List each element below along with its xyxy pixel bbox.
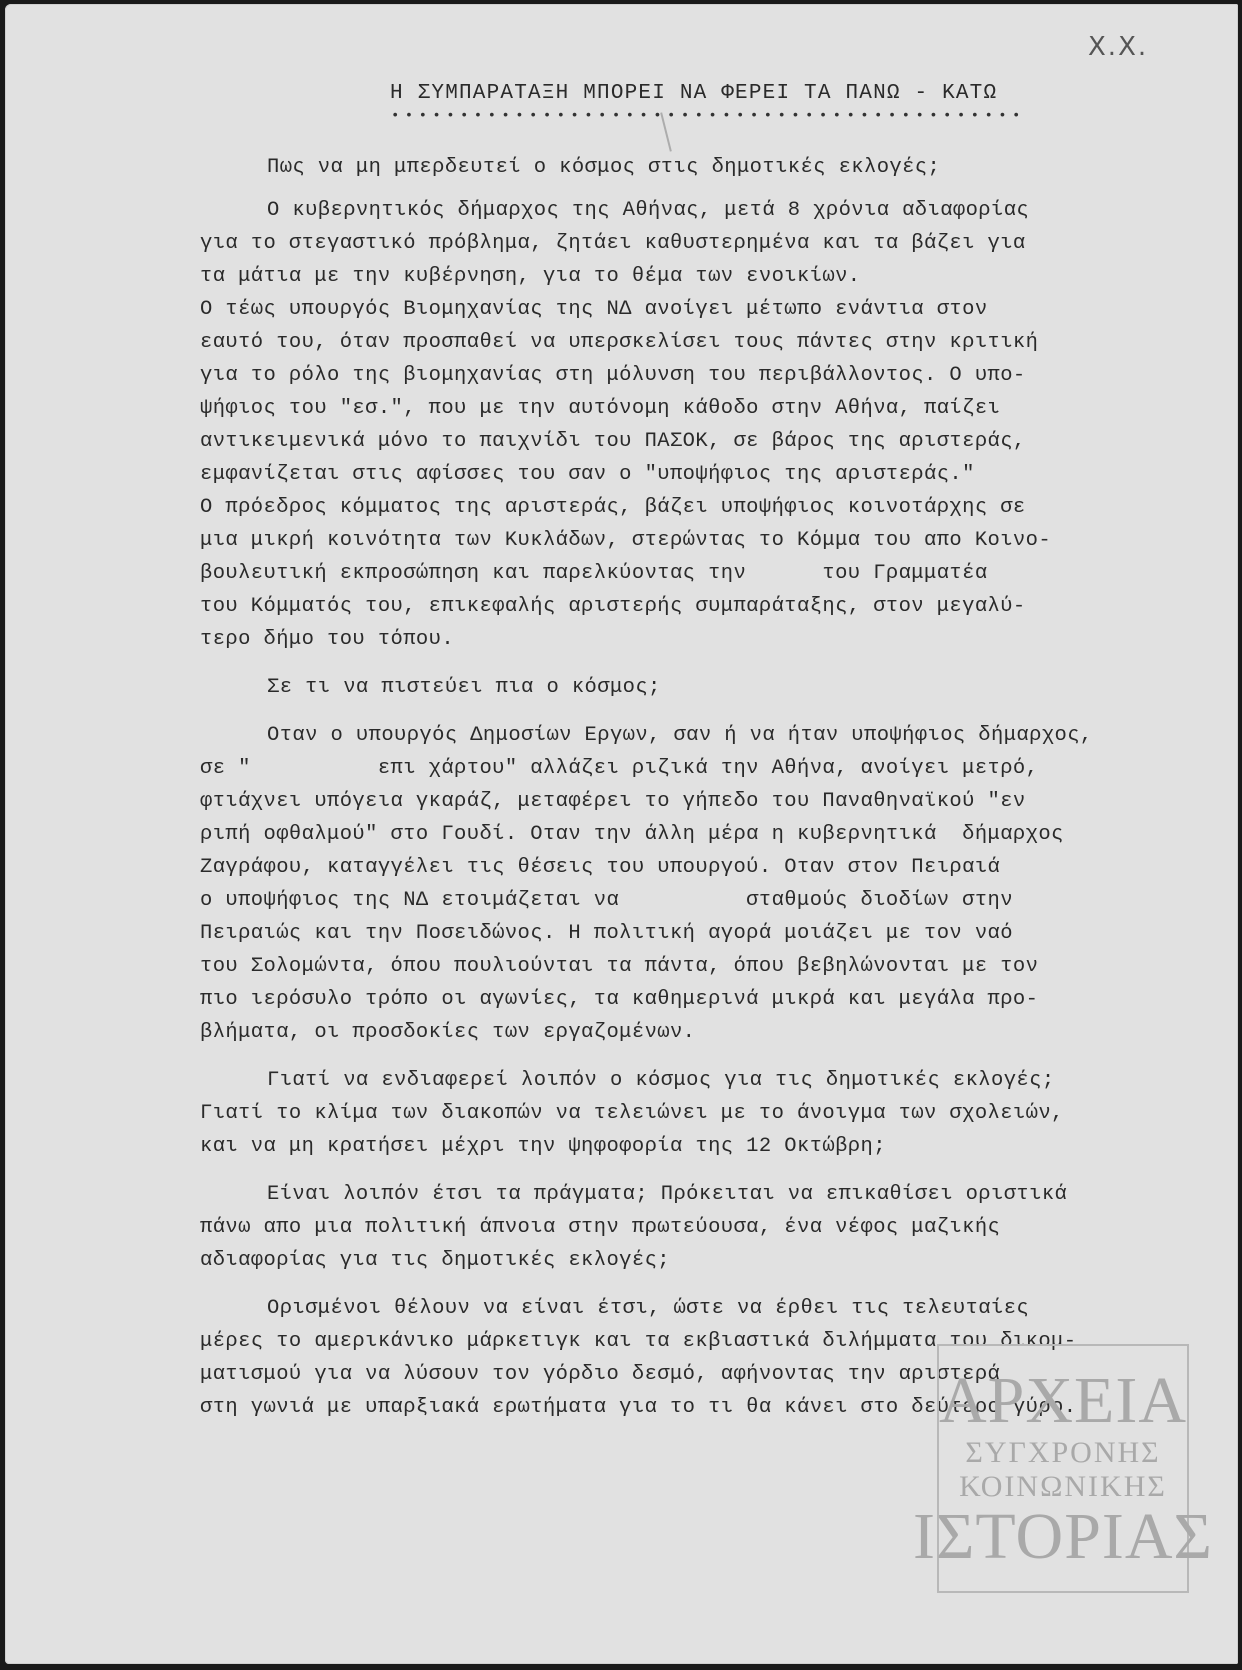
- text-line: και να μη κρατήσει μέχρι την ψηφοφορία τ…: [200, 1135, 886, 1158]
- text-line: μια μικρή κοινότητα των Κυκλάδων, στερών…: [200, 529, 1051, 552]
- text-line: Ορισμένοι θέλουν να είναι έτσι, ώστε να …: [267, 1297, 1029, 1320]
- text-line: εαυτό του, όταν προσπαθεί να υπερσκελίσε…: [200, 331, 1038, 354]
- text-line: φτιάχνει υπόγεια γκαράζ, μεταφέρει το γή…: [200, 790, 1026, 813]
- text-line: Γιατί το κλίμα των διακοπών να τελειώνει…: [200, 1102, 1064, 1125]
- text-line: βλήματα, οι προσδοκίες των εργαζομένων.: [200, 1021, 695, 1044]
- text-line: σε " επι χάρτου" αλλάζει ριζικά την Αθήν…: [200, 757, 1038, 780]
- watermark-line-1: ΑΡΧΕΙΑ: [939, 1368, 1187, 1434]
- text-line: αδιαφορίας για τις δημοτικές εκλογές;: [200, 1249, 670, 1272]
- text-line: αντικειμενικά μόνο το παιχνίδι του ΠΑΣΟΚ…: [200, 430, 1026, 453]
- archive-watermark-stamp: ΑΡΧΕΙΑ ΣΥΓΧΡΟΝΗΣ ΚΟΙΝΩΝΙΚΗΣ ΙΣΤΟΡΙΑΣ: [937, 1344, 1189, 1593]
- text-line: Γιατί να ενδιαφερεί λοιπόν ο κόσμος για …: [267, 1069, 1055, 1092]
- watermark-line-4: ΙΣΤΟΡΙΑΣ: [913, 1504, 1213, 1570]
- text-line: Πειραιώς και την Ποσειδώνος. Η πολιτική …: [200, 922, 1013, 945]
- text-line: βουλευτική εκπροσώπηση και παρελκύοντας …: [200, 562, 988, 585]
- text-line: Ζαγράφου, καταγγέλει τις θέσεις του υπου…: [200, 856, 1000, 879]
- text-line: πιο ιερόσυλο τρόπο οι αγωνίες, τα καθημε…: [200, 988, 1038, 1011]
- text-line: για το στεγαστικό πρόβλημα, ζητάει καθυσ…: [200, 232, 1026, 255]
- text-line: εμφανίζεται στις αφίσσες του σαν ο "υποψ…: [200, 463, 975, 486]
- text-line: πάνω απο μια πολιτική άπνοια στην πρωτεύ…: [200, 1216, 1000, 1239]
- watermark-line-3: ΚΟΙΝΩΝΙΚΗΣ: [959, 1472, 1167, 1502]
- text-line: για το ρόλο της βιομηχανίας στη μόλυνση …: [200, 364, 1026, 387]
- text-line: Πως να μη μπερδευτεί ο κόσμος στις δημοτ…: [267, 156, 940, 179]
- text-line: του Σολομώντα, όπου πουλιούνται τα πάντα…: [200, 955, 1038, 978]
- text-line: Σε τι να πιστεύει πια ο κόσμος;: [267, 676, 661, 699]
- text-line: Οταν ο υπουργός Δημοσίων Εργων, σαν ή να…: [267, 724, 1093, 747]
- text-line: ριπή οφθαλμού" στο Γουδί. Οταν την άλλη …: [200, 823, 1064, 846]
- text-line: Ο κυβερνητικός δήμαρχος της Αθήνας, μετά…: [267, 199, 1029, 222]
- text-line: τα μάτια με την κυβέρνηση, για το θέμα τ…: [200, 265, 861, 288]
- handwritten-corner-mark: X.X.: [1088, 32, 1148, 62]
- text-line: Ο τέως υπουργός Βιομηχανίας της ΝΔ ανοίγ…: [200, 298, 988, 321]
- document-title: Η ΣΥΜΠΑΡΑΤΑΞΗ ΜΠΟΡΕΙ ΝΑ ΦΕΡΕΙ ΤΑ ΠΑΝΩ - …: [390, 82, 997, 105]
- text-line: του Κόμματός του, επικεφαλής αριστερής σ…: [200, 595, 1026, 618]
- watermark-line-2: ΣΥΓΧΡΟΝΗΣ: [965, 1438, 1160, 1468]
- text-line: ο υποψήφιος της ΝΔ ετοιμάζεται να σταθμο…: [200, 889, 1013, 912]
- text-line: ψήφιος του "εσ.", που με την αυτόνομη κά…: [200, 397, 1000, 420]
- text-line: Ο πρόεδρος κόμματος της αριστεράς, βάζει…: [200, 496, 1026, 519]
- title-dotted-underline: ••••••••••••••••••••••••••••••••••••••••…: [391, 108, 1026, 124]
- text-line: Είναι λοιπόν έτσι τα πράγματα; Πρόκειται…: [267, 1183, 1067, 1206]
- text-line: τερο δήμο του τόπου.: [200, 628, 454, 651]
- document-page: X.X. Η ΣΥΜΠΑΡΑΤΑΞΗ ΜΠΟΡΕΙ ΝΑ ΦΕΡΕΙ ΤΑ ΠΑ…: [5, 4, 1238, 1664]
- text-line: ματισμού για να λύσουν τον γόρδιο δεσμό,…: [200, 1363, 1000, 1386]
